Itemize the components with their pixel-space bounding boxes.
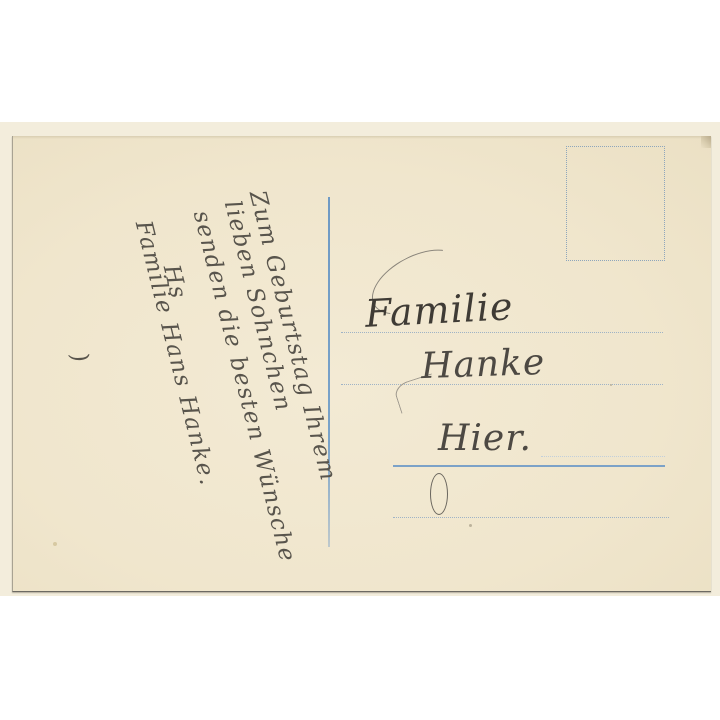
address-surname: Hanke	[420, 342, 546, 387]
paper-speck	[610, 384, 612, 386]
handwritten-message: Zum Geburtstag Ihrem lieben Sohnchen sen…	[73, 170, 373, 590]
message-mark: )	[66, 350, 94, 366]
postcard-back: Familie Hanke Hier. Zum Geburtstag Ihrem…	[12, 136, 711, 592]
address-line-4	[393, 517, 669, 518]
stamp-placeholder-box	[566, 146, 665, 261]
worn-corner	[701, 136, 711, 148]
address-location: Hier.	[438, 418, 532, 459]
address-line-3	[393, 465, 665, 467]
paper-speck	[469, 524, 472, 527]
address-recipient: Familie	[364, 284, 515, 336]
handwriting-flourish	[430, 473, 448, 515]
address-line-3-dotted	[541, 456, 665, 457]
paper-speck	[53, 542, 57, 546]
